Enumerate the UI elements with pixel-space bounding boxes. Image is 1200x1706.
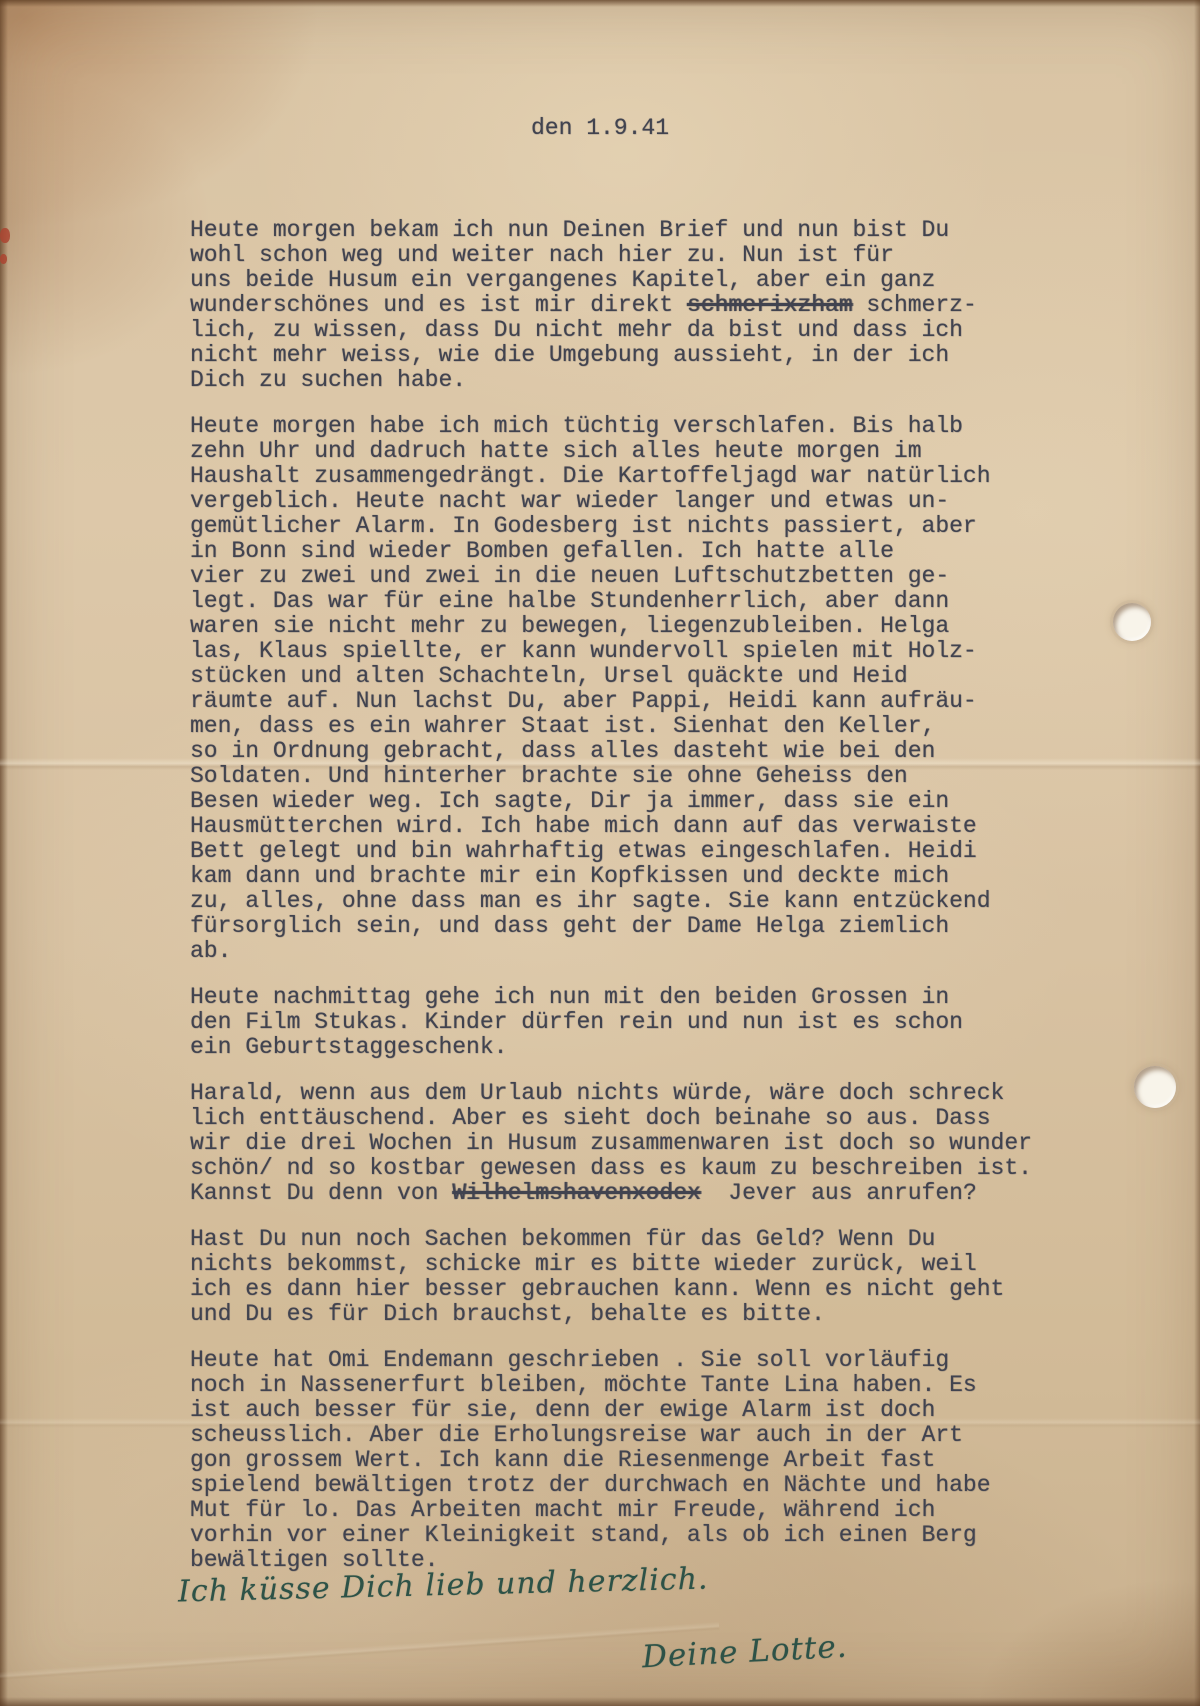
paragraph: Hast Du nun noch Sachen bekommen für das… [190, 1227, 1070, 1327]
letter-line: vergeblich. Heute nacht war wieder lange… [190, 489, 1070, 514]
letter-line: uns beide Husum ein vergangenes Kapitel,… [190, 268, 1070, 293]
scanned-letter-page: den 1.9.41 Heute morgen bekam ich nun De… [0, 0, 1200, 1706]
letter-line: waren sie nicht mehr zu bewegen, liegenz… [190, 614, 1070, 639]
text-segment: wunderschönes und es ist mir direkt [190, 292, 687, 318]
paper-edge-bottom [0, 1697, 1200, 1706]
letter-line: nichts bekommst, schicke mir es bitte wi… [190, 1252, 1070, 1277]
letter-line: Hast Du nun noch Sachen bekommen für das… [190, 1227, 1070, 1252]
paper-edge-right [1194, 0, 1200, 1706]
letter-line: in Bonn sind wieder Bomben gefallen. Ich… [190, 539, 1070, 564]
letter-body: Heute morgen bekam ich nun Deinen Brief … [190, 218, 1070, 1594]
punch-hole-top [1113, 603, 1151, 641]
letter-line: Heute hat Omi Endemann geschrieben . Sie… [190, 1348, 1070, 1373]
letter-line: spielend bewältigen trotz der durchwach … [190, 1473, 1070, 1498]
letter-line: fürsorglich sein, und dass geht der Dame… [190, 914, 1070, 939]
letter-line: Heute morgen habe ich mich tüchtig versc… [190, 414, 1070, 439]
text-segment: Kannst Du denn von [190, 1180, 452, 1206]
letter-line: stücken und alten Schachteln, Ursel quäc… [190, 664, 1070, 689]
letter-line: ab. [190, 939, 1070, 964]
letter-line: den Film Stukas. Kinder dürfen rein und … [190, 1010, 1070, 1035]
letter-line: Dich zu suchen habe. [190, 368, 1070, 393]
letter-line: Haushalt zusammengedrängt. Die Kartoffel… [190, 464, 1070, 489]
letter-line: kam dann und brachte mir ein Kopfkissen … [190, 864, 1070, 889]
letter-line: Bett gelegt und bin wahrhaftig etwas ein… [190, 839, 1070, 864]
letter-line: Mut für lo. Das Arbeiten macht mir Freud… [190, 1498, 1070, 1523]
paragraph: Heute nachmittag gehe ich nun mit den be… [190, 985, 1070, 1060]
punch-hole-bottom [1134, 1066, 1176, 1108]
letter-line: las, Klaus spiellte, er kann wundervoll … [190, 639, 1070, 664]
letter-line: vier zu zwei und zwei in die neuen Lufts… [190, 564, 1070, 589]
letter-line: Kannst Du denn von Wilhelmshavenxodex Je… [190, 1181, 1070, 1206]
letter-line: ich es dann hier besser gebrauchen kann.… [190, 1277, 1070, 1302]
struck-text: schmerixzham [687, 292, 853, 318]
letter-line: legt. Das war für eine halbe Stundenherr… [190, 589, 1070, 614]
letter-line: Harald, wenn aus dem Urlaub nichts würde… [190, 1081, 1070, 1106]
letter-line: lich, zu wissen, dass Du nicht mehr da b… [190, 318, 1070, 343]
text-segment: schmerz- [853, 292, 977, 318]
paper-edge-top [0, 0, 1200, 7]
letter-line: gemütlicher Alarm. In Godesberg ist nich… [190, 514, 1070, 539]
letter-line: Heute morgen bekam ich nun Deinen Brief … [190, 218, 1070, 243]
letter-line: vorhin vor einer Kleinigkeit stand, als … [190, 1523, 1070, 1548]
letter-line: nicht mehr weiss, wie die Umgebung aussi… [190, 343, 1070, 368]
letter-line: scheusslich. Aber die Erholungsreise war… [190, 1423, 1070, 1448]
letter-line: schön/ nd so kostbar gewesen dass es kau… [190, 1156, 1070, 1181]
letter-line: ist auch besser für sie, denn der ewige … [190, 1398, 1070, 1423]
letter-line: und Du es für Dich brauchst, behalte es … [190, 1302, 1070, 1327]
struck-text: Wilhelmshavenxodex [452, 1180, 700, 1206]
letter-line: Hausmütterchen wird. Ich habe mich dann … [190, 814, 1070, 839]
letter-line: so in Ordnung gebracht, dass alles daste… [190, 739, 1070, 764]
paper-fold-crease [0, 1622, 719, 1684]
letter-line: ein Geburtstaggeschenk. [190, 1035, 1070, 1060]
paragraph: Heute morgen habe ich mich tüchtig versc… [190, 414, 1070, 964]
letter-date: den 1.9.41 [0, 116, 1200, 141]
letter-line: men, dass es ein wahrer Staat ist. Sienh… [190, 714, 1070, 739]
letter-line: Besen wieder weg. Ich sagte, Dir ja imme… [190, 789, 1070, 814]
letter-line: wohl schon weg und weiter nach hier zu. … [190, 243, 1070, 268]
letter-line: zu, alles, ohne dass man es ihr sagte. S… [190, 889, 1070, 914]
letter-line: wunderschönes und es ist mir direkt schm… [190, 293, 1070, 318]
letter-line: wir die drei Wochen in Husum zusammenwar… [190, 1131, 1070, 1156]
red-edge-mark [0, 254, 7, 264]
letter-line: Heute nachmittag gehe ich nun mit den be… [190, 985, 1070, 1010]
letter-line: zehn Uhr und dadruch hatte sich alles he… [190, 439, 1070, 464]
paragraph: Harald, wenn aus dem Urlaub nichts würde… [190, 1081, 1070, 1206]
letter-line: lich enttäuschend. Aber es sieht doch be… [190, 1106, 1070, 1131]
paragraph: Heute morgen bekam ich nun Deinen Brief … [190, 218, 1070, 393]
red-edge-mark [0, 228, 10, 243]
text-segment: Jever aus anrufen? [701, 1180, 977, 1206]
letter-line: noch in Nassenerfurt bleiben, möchte Tan… [190, 1373, 1070, 1398]
paragraph: Heute hat Omi Endemann geschrieben . Sie… [190, 1348, 1070, 1573]
handwritten-signature: Deine Lotte. [641, 1629, 848, 1676]
letter-line: gon grossem Wert. Ich kann die Riesenmen… [190, 1448, 1070, 1473]
letter-line: räumte auf. Nun lachst Du, aber Pappi, H… [190, 689, 1070, 714]
letter-line: Soldaten. Und hinterher brachte sie ohne… [190, 764, 1070, 789]
